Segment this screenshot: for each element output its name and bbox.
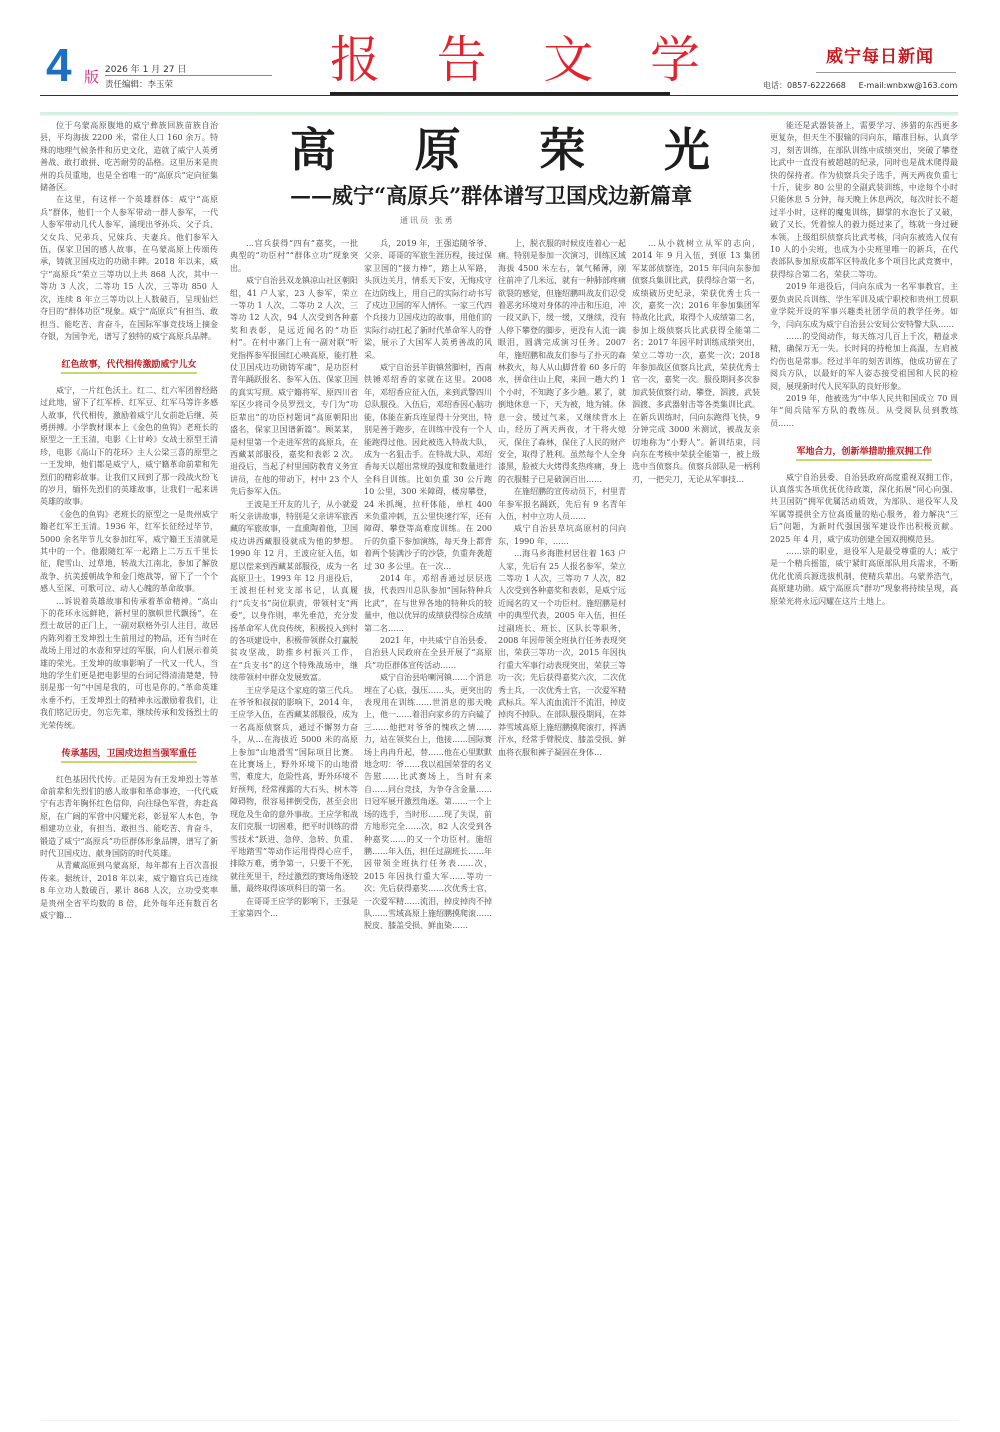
responsible-editor: 责任编辑：李玉荣 — [105, 78, 173, 90]
paragraph: 位于乌蒙高原腹地的威宁彝族回族苗族自治县，平均海拔 2200 米，常住人口 16… — [40, 120, 218, 194]
column-2: …官兵获得“四有”嘉奖，一批典型的“功臣村”“群体立功”现象突出。 威宁自治县双… — [230, 238, 358, 1418]
paragraph: 从青藏高原到乌蒙高原，每年都有上百次喜报传来。据统计，2018 年以来，威宁籍官… — [40, 860, 218, 922]
paragraph: 威宁自治县双龙镇凉山社区朝阳组，41 户人家，23 人参军，荣立一等功 1 人次… — [230, 275, 358, 498]
paragraph: 威宁自治县草坑高原村的闫向东，1990 年，…… — [498, 523, 626, 548]
page-bottom-rule — [40, 1420, 958, 1421]
paragraph: 在这里，有这样一个英雄群体：威宁“高原兵”群体，他们一个人参军带动一群人参军，一… — [40, 194, 218, 343]
title-char: 光 — [664, 122, 710, 178]
column-3: 兵，2019 年，王强追随爷爷、父亲、哥哥的军旅生涯历程，接过保家卫国的“接力棒… — [364, 238, 492, 1418]
email-link[interactable]: E-mail:wnbxw@163.com — [859, 81, 958, 90]
section-title-char: 文 — [543, 32, 593, 88]
title-char: 原 — [415, 122, 461, 178]
paragraph: 在哥哥王应学的影响下，王强是王家第四个… — [230, 896, 358, 921]
paragraph: …海马乡海胜村居住着 163 户人家，先后有 25 人报名参军，荣立二等功 1 … — [498, 548, 626, 759]
title-char: 荣 — [539, 122, 585, 178]
section-title-char: 学 — [650, 32, 700, 88]
paragraph: 2019 年，他被选为“中华人民共和国成立 70 周年”阅兵陆军方队的教练员。从… — [770, 393, 958, 430]
brand-divider — [816, 72, 956, 73]
paragraph: …官兵获得“四有”嘉奖，一批典型的“功臣村”“群体立功”现象突出。 — [230, 238, 358, 275]
contact-info: 电话：0857-6222668 E-mail:wnbxw@163.com — [763, 80, 957, 91]
paragraph: 威宁自治县哈喇河镇……个消息埋在了心底，强压……头，更突出的表现用在训练……世消… — [364, 672, 492, 933]
byline: 通讯员 张勇 — [400, 215, 455, 226]
paragraph: 2021 年，中共威宁自治县委、自治县人民政府在全县开展了“高原兵”功臣群体宣传… — [364, 635, 492, 672]
column-6: 能还是武器装备上，需要学习、涉猎的东西更多更复杂，但天生不服输的闫向东，瞄准目标… — [770, 120, 958, 1420]
paragraph: 在施绍鹏的宣传动员下，村里青年参军报名踊跃，先后有 9 名青年入伍，村中立功人员… — [498, 486, 626, 523]
paragraph: …从小就树立从军的志向，2014 年 9 月入伍，到原 13 集团军某部侦察连，… — [632, 238, 760, 486]
meta-divider — [105, 75, 272, 76]
page-number: 4 — [46, 42, 72, 88]
paragraph: 2019 年退役后，闫向东成为一名军事教官，主要负责民兵训练、学生军训及威宁职校… — [770, 281, 958, 331]
title-char: 高 — [290, 122, 336, 178]
section-title-char: 报 — [330, 32, 380, 88]
paragraph: 王应学是这个家庭的第三代兵。在爷爷和叔叔的影响下，2014 年，王应学入伍，在西… — [230, 685, 358, 896]
section-title: 报 告 文 学 — [330, 32, 700, 88]
paragraph: ……崇的职业，退役军人是最受尊重的人；威宁是一个精兵摇篮，威宁紧盯高原部队用兵需… — [770, 546, 958, 608]
paragraph: 能还是武器装备上，需要学习、涉猎的东西更多更复杂，但天生不服输的闫向东，瞄准目标… — [770, 120, 958, 281]
section-heading: 军地合力，创新举措助推双拥工作 — [770, 446, 958, 461]
newspaper-brand: 威宁每日新闻 — [826, 42, 934, 67]
paragraph: 上，脱衣服的时候皮连着心一起痛。特别是参加一次演习，训练区域海拔 4500 米左… — [498, 238, 626, 486]
paragraph: 《金色的鱼钩》老班长的原型之一是贵州威宁籍老红军王玉清。1936 年，红军长征经… — [40, 509, 218, 596]
paragraph: 红色基因代代传。正是因为有王发坤烈士等革命前辈和先烈们的感人故事和革命事迹，一代… — [40, 774, 218, 861]
column-4: 上，脱衣服的时候皮连着心一起痛。特别是参加一次演习，训练区域海拔 4500 米左… — [498, 238, 626, 1418]
paragraph: ……的受阅动作，每天练习几百上千次，精益求精，确保万无一失。长时间的持枪加上高温… — [770, 331, 958, 393]
paragraph: 兵，2019 年，王强追随爷爷、父亲、哥哥的军旅生涯历程，接过保家卫国的“接力棒… — [364, 238, 492, 362]
issue-date: 2026 年 1 月 27 日 — [105, 62, 186, 75]
column-1: 位于乌蒙高原腹地的威宁彝族回族苗族自治县，平均海拔 2200 米，常住人口 16… — [40, 120, 218, 1410]
article-subtitle: ——威宁“高原兵”群体谱写卫国戍边新篇章 — [290, 180, 720, 210]
masthead: 4 版 2026 年 1 月 27 日 责任编辑：李玉荣 报 告 文 学 威宁每… — [0, 0, 1000, 100]
section-heading: 传承基因，卫国戍边担当强军重任 — [40, 748, 218, 763]
paragraph: 威宁，一片红色沃土。红二、红六军团曾经路过此地，留下了红军桥、红军豆、红军马等许… — [40, 385, 218, 509]
paragraph: 2014 年，邓绍香通过层层选拔，代表四川总队参加“国际特种兵比武”，在与世界各… — [364, 573, 492, 635]
paragraph: 威宁自治县羊街镇营脚村，西南铁锤邓绍香的家就在这里。2008 年，邓绍香应征入伍… — [364, 362, 492, 573]
decorative-band — [40, 112, 958, 116]
section-heading: 红色故事，代代相传激励威宁儿女 — [40, 359, 218, 374]
paragraph: 王波是王开友的儿子，从小就爱听父亲讲故事，特别是父亲讲军旅西藏的军旅故事，一直熏… — [230, 499, 358, 685]
paragraph: …诉说着英雄故事和传承着革命精神。“高山下的花环永远鲜艳，新村里的旗帜世代飘扬”… — [40, 596, 218, 732]
phone: 电话：0857-6222668 — [763, 81, 846, 90]
article-title: 高 原 荣 光 — [290, 122, 710, 178]
column-5: …从小就树立从军的志向，2014 年 9 月入伍，到原 13 集团军某部侦察连，… — [632, 238, 760, 1418]
section-title-char: 告 — [437, 32, 487, 88]
page-suffix: 版 — [84, 66, 99, 87]
masthead-rule — [40, 95, 958, 96]
paragraph: 威宁自治县委、自治县政府高度重视双拥工作，认真落实各项优抚优待政策，深化拓展“同… — [770, 472, 958, 546]
